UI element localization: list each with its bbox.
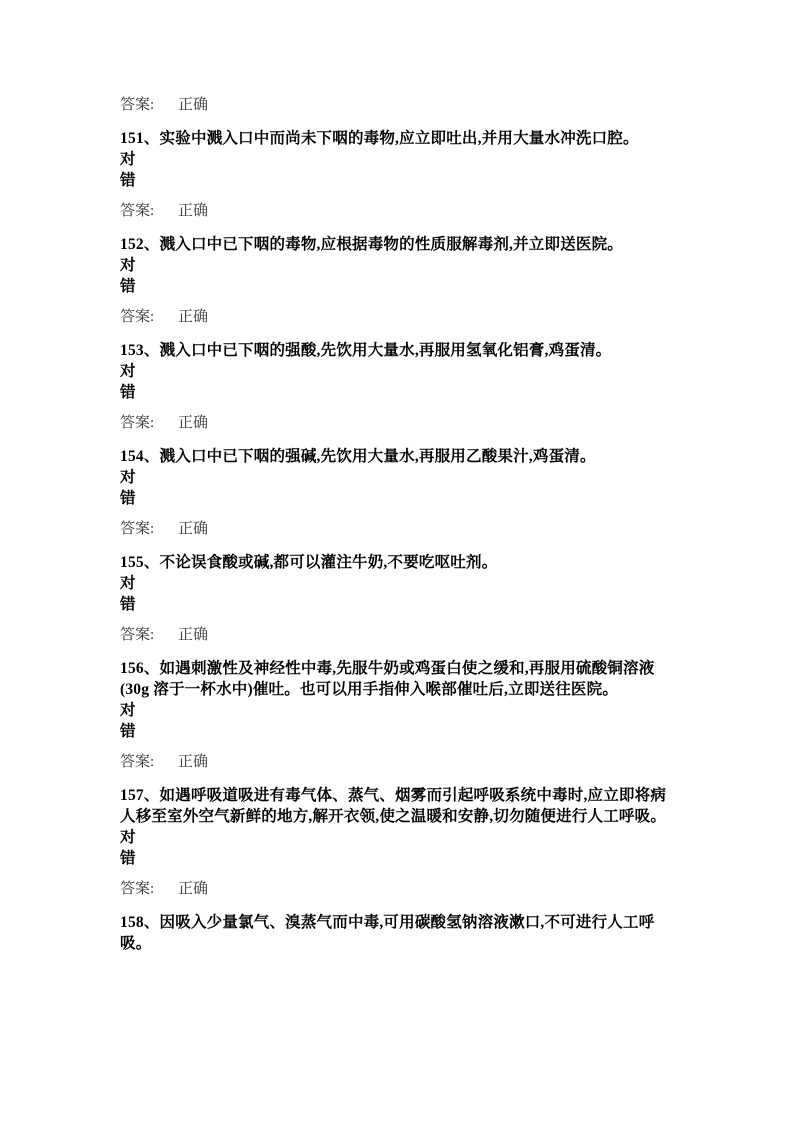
question-151: 151、实验中溅入口中而尚未下咽的毒物,应立即吐出,并用大量水冲洗口腔。 对 错… [120, 128, 680, 222]
answer-line: 答案:正确 [120, 751, 680, 773]
answer-label: 答案: [120, 624, 178, 646]
question-155: 155、不论误食酸或碱,都可以灌注牛奶,不要吃呕吐剂。 对 错 答案:正确 [120, 552, 680, 646]
answer-value: 正确 [178, 97, 208, 113]
answer-line: 答案:正确 [120, 306, 680, 328]
answer-label: 答案: [120, 306, 178, 328]
option-false[interactable]: 错 [120, 848, 680, 869]
option-true[interactable]: 对 [120, 361, 680, 382]
answer-line: 答案:正确 [120, 518, 680, 540]
answer-line: 答案:正确 [120, 412, 680, 434]
option-true[interactable]: 对 [120, 255, 680, 276]
question-157: 157、如遇呼吸道吸进有毒气体、蒸气、烟雾而引起呼吸系统中毒时,应立即将病人移至… [120, 785, 680, 900]
answer-line: 答案:正确 [120, 878, 680, 900]
option-true[interactable]: 对 [120, 573, 680, 594]
answer-value: 正确 [178, 203, 208, 219]
option-true[interactable]: 对 [120, 700, 680, 721]
option-false[interactable]: 错 [120, 382, 680, 403]
answer-label: 答案: [120, 751, 178, 773]
answer-line: 答案:正确 [120, 624, 680, 646]
answer-label: 答案: [120, 200, 178, 222]
option-true[interactable]: 对 [120, 149, 680, 170]
answer-label: 答案: [120, 412, 178, 434]
question-text: 156、如遇刺激性及神经性中毒,先服牛奶或鸡蛋白使之缓和,再服用硫酸铜溶液(30… [120, 658, 680, 700]
question-text: 153、溅入口中已下咽的强酸,先饮用大量水,再服用氢氧化铝膏,鸡蛋清。 [120, 340, 680, 361]
question-text: 155、不论误食酸或碱,都可以灌注牛奶,不要吃呕吐剂。 [120, 552, 680, 573]
question-text: 154、溅入口中已下咽的强碱,先饮用大量水,再服用乙酸果汁,鸡蛋清。 [120, 446, 680, 467]
option-true[interactable]: 对 [120, 827, 680, 848]
option-false[interactable]: 错 [120, 276, 680, 297]
question-text: 158、因吸入少量氯气、溴蒸气而中毒,可用碳酸氢钠溶液漱口,不可进行人工呼吸。 [120, 912, 680, 954]
question-153: 153、溅入口中已下咽的强酸,先饮用大量水,再服用氢氧化铝膏,鸡蛋清。 对 错 … [120, 340, 680, 434]
answer-value: 正确 [178, 415, 208, 431]
question-text: 151、实验中溅入口中而尚未下咽的毒物,应立即吐出,并用大量水冲洗口腔。 [120, 128, 680, 149]
option-false[interactable]: 错 [120, 488, 680, 509]
question-158: 158、因吸入少量氯气、溴蒸气而中毒,可用碳酸氢钠溶液漱口,不可进行人工呼吸。 [120, 912, 680, 954]
question-text: 152、溅入口中已下咽的毒物,应根据毒物的性质服解毒剂,并立即送医院。 [120, 234, 680, 255]
question-156: 156、如遇刺激性及神经性中毒,先服牛奶或鸡蛋白使之缓和,再服用硫酸铜溶液(30… [120, 658, 680, 773]
answer-value: 正确 [178, 881, 208, 897]
answer-line: 答案:正确 [120, 94, 680, 116]
option-true[interactable]: 对 [120, 467, 680, 488]
answer-label: 答案: [120, 94, 178, 116]
answer-value: 正确 [178, 627, 208, 643]
answer-label: 答案: [120, 518, 178, 540]
answer-value: 正确 [178, 309, 208, 325]
answer-value: 正确 [178, 521, 208, 537]
option-false[interactable]: 错 [120, 594, 680, 615]
question-154: 154、溅入口中已下咽的强碱,先饮用大量水,再服用乙酸果汁,鸡蛋清。 对 错 答… [120, 446, 680, 540]
question-text: 157、如遇呼吸道吸进有毒气体、蒸气、烟雾而引起呼吸系统中毒时,应立即将病人移至… [120, 785, 680, 827]
option-false[interactable]: 错 [120, 721, 680, 742]
answer-line: 答案:正确 [120, 200, 680, 222]
option-false[interactable]: 错 [120, 170, 680, 191]
answer-label: 答案: [120, 878, 178, 900]
answer-value: 正确 [178, 754, 208, 770]
document-page: 答案:正确 151、实验中溅入口中而尚未下咽的毒物,应立即吐出,并用大量水冲洗口… [120, 94, 680, 954]
question-152: 152、溅入口中已下咽的毒物,应根据毒物的性质服解毒剂,并立即送医院。 对 错 … [120, 234, 680, 328]
